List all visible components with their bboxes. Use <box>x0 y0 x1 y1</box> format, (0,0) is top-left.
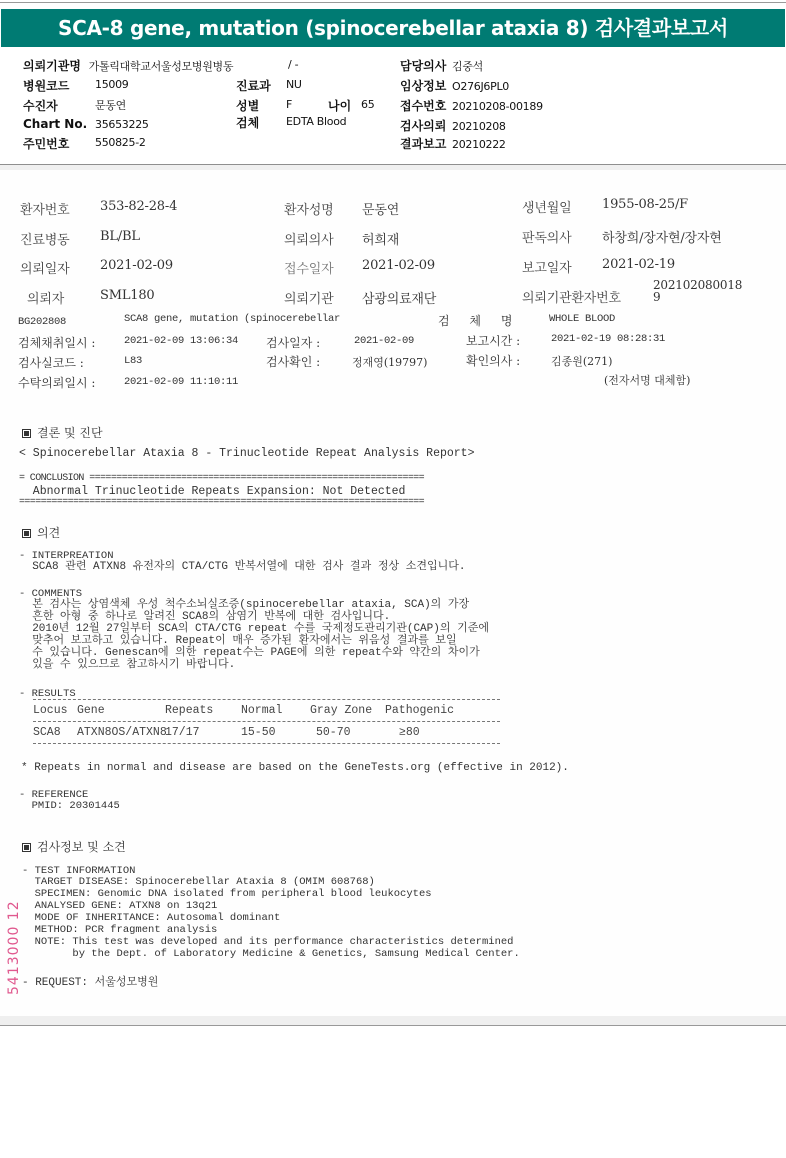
table-row: SCA8 ATXN8OS/ATXN8 17/17 15-50 50-70 ≥80 <box>33 722 500 743</box>
comment-line: 흔한 아형 중 하나로 알려진 SCA8의 삼염기 반복에 대한 검사입니다. <box>19 611 489 623</box>
bottom-shade <box>0 1016 786 1025</box>
square-bullet-icon <box>22 529 31 538</box>
report-title-line: < Spinocerebellar Ataxia 8 - Trinucleoti… <box>19 448 474 460</box>
conclusion-heading: 결론 및 진단 <box>22 424 103 441</box>
hospital-code-value: 15009 <box>95 78 129 91</box>
patient-value: 문동연 <box>95 99 126 112</box>
receipt-no-value: 20210208-00189 <box>452 100 543 113</box>
institution-patient-no-value: 202102080018 9 <box>653 279 742 303</box>
chart-no-label: Chart No. <box>23 117 87 131</box>
vertical-stamp-number: 5413000 12 <box>4 885 24 995</box>
department-value: NU <box>286 78 302 91</box>
test-info-line: TARGET DISEASE: Spinocerebellar Ataxia 8… <box>22 876 520 888</box>
requesting-institution-value: 삼광의료재단 <box>362 288 436 307</box>
opinion-heading-text: 의견 <box>37 526 60 540</box>
conclusion-heading-text: 결론 및 진단 <box>37 426 103 440</box>
ward-value: / - <box>288 58 298 71</box>
chart-no-value: 35653225 <box>95 118 149 131</box>
opinion-heading: 의견 <box>22 524 60 541</box>
report-date-label: 보고일자 <box>522 257 571 276</box>
cell-pathogenic: ≥80 <box>399 726 420 739</box>
cell-gene: ATXN8OS/ATXN8 <box>77 726 165 739</box>
cell-repeats: 17/17 <box>165 726 241 739</box>
age-label: 나이 <box>328 99 351 113</box>
receipt-no-label: 접수번호 <box>400 99 446 113</box>
test-request-field: 검사의뢰 20210208 <box>400 117 506 134</box>
attending-label: 담당의사 <box>400 59 446 73</box>
test-info-line: MODE OF INHERITANCE: Autosomal dominant <box>22 912 520 924</box>
request-date-label: 의뢰일자 <box>20 258 69 277</box>
lab-code-label: 검사실코드 : <box>18 354 84 371</box>
interpretation-text: SCA8 관련 ATXN8 유전자의 CTA/CTG 반복서열에 대한 검사 결… <box>19 561 465 573</box>
test-info-line: by the Dept. of Laboratory Medicine & Ge… <box>22 948 520 960</box>
attending-value: 김중석 <box>452 60 483 73</box>
header-gray-zone: Gray Zone <box>310 704 385 717</box>
header-pathogenic: Pathogenic <box>385 704 454 717</box>
confirm-doctor-label: 확인의사 : <box>466 352 520 369</box>
header-normal: Normal <box>241 704 310 717</box>
test-info-heading: 검사정보 및 소견 <box>22 838 126 855</box>
test-request-label: 검사의뢰 <box>400 119 446 133</box>
comment-line: 본 검사는 상염색체 우성 척수소뇌실조증(spinocerebellar at… <box>19 599 489 611</box>
conclusion-bar-bottom: ========================================… <box>19 498 424 508</box>
square-bullet-icon <box>22 429 31 438</box>
institution-label: 의뢰기관명 <box>23 59 81 73</box>
header-repeats: Repeats <box>165 704 241 717</box>
resident-no-value: 550825-2 <box>95 136 146 149</box>
specimen-value: EDTA Blood <box>286 115 346 128</box>
request-line: - REQUEST: 서울성모병원 <box>22 977 158 989</box>
birthdate-label: 생년월일 <box>522 197 571 216</box>
e-signature-note: (전자서명 대체함) <box>604 372 690 388</box>
requester-label: 의뢰자 <box>27 288 64 307</box>
comment-line: 있을 수 있으므로 참고하시기 바랍니다. <box>19 659 489 671</box>
result-report-field: 결과보고 20210222 <box>400 135 506 152</box>
result-report-value: 20210222 <box>452 138 506 151</box>
requesting-institution-label: 의뢰기관 <box>284 288 333 307</box>
receipt-date-value: 2021-02-09 <box>362 258 435 273</box>
specimen-name-value: WHOLE BLOOD <box>549 313 615 325</box>
report-time-label: 보고시간 : <box>466 332 520 349</box>
receipt-no-field: 접수번호 20210208-00189 <box>400 97 543 114</box>
cell-gray-zone: 50-70 <box>316 726 399 739</box>
requesting-doctor-value: 허희재 <box>362 229 399 248</box>
patient-label: 수진자 <box>23 99 58 113</box>
cell-normal: 15-50 <box>241 726 316 739</box>
clinical-info-label: 임상정보 <box>400 79 446 93</box>
header-gene: Gene <box>77 704 165 717</box>
report-title: SCA-8 gene, mutation (spinocerebellar at… <box>1 9 785 47</box>
resident-no-label: 주민번호 <box>23 137 69 151</box>
verified-label: 검사확인 : <box>266 353 320 370</box>
comments-body: 본 검사는 상염색체 우성 척수소뇌실조증(spinocerebellar at… <box>19 599 489 671</box>
requesting-doctor-label: 의뢰의사 <box>284 229 333 248</box>
collection-label: 검체채취일시 : <box>18 334 95 351</box>
test-request-value: 20210208 <box>452 120 506 133</box>
clinical-info-value: O276J6PL0 <box>452 80 509 93</box>
header-locus: Locus <box>33 704 77 717</box>
attending-field: 담당의사 김중석 <box>400 57 483 74</box>
comment-line: 수 있습니다. Genescan에 의한 repeat수는 PAGE에 의한 r… <box>19 647 489 659</box>
verified-value: 정재영(19797) <box>352 354 427 370</box>
table-rule <box>33 743 500 744</box>
test-date-value: 2021-02-09 <box>354 335 414 347</box>
test-info-heading-text: 검사정보 및 소견 <box>37 840 126 854</box>
test-code: BG202808 <box>18 316 66 328</box>
institution-value: 가톨릭대학교서울성모병원병동 <box>89 60 234 73</box>
test-info-body: TARGET DISEASE: Spinocerebellar Ataxia 8… <box>22 876 520 960</box>
request-date-value: 2021-02-09 <box>100 258 173 273</box>
results-footnote: * Repeats in normal and disease are base… <box>21 762 569 774</box>
institution-patient-no-line1: 202102080018 <box>653 278 742 292</box>
specimen-label: 검체 <box>236 116 259 130</box>
institution-field: 의뢰기관명 가톨릭대학교서울성모병원병동 <box>23 57 233 74</box>
collection-value: 2021-02-09 13:06:34 <box>124 335 238 347</box>
patient-name-label: 환자성명 <box>284 199 333 218</box>
square-bullet-icon <box>22 843 31 852</box>
reference-text: PMID: 20301445 <box>19 800 120 812</box>
birthdate-value: 1955-08-25/F <box>602 197 688 212</box>
department-label: 진료과 <box>236 79 271 93</box>
reading-doctor-value: 하창희/장자현/장자현 <box>602 227 722 246</box>
sex-label: 성별 <box>236 99 259 113</box>
results-table: Locus Gene Repeats Normal Gray Zone Path… <box>33 699 500 744</box>
test-info-line: ANALYSED GENE: ATXN8 on 13q21 <box>22 900 520 912</box>
specimen-name-label: 검 체 명 <box>438 312 520 329</box>
outsourced-value: 2021-02-09 11:10:11 <box>124 376 238 388</box>
cell-locus: SCA8 <box>33 726 77 739</box>
conclusion-bar-top: = CONCLUSION ===========================… <box>19 474 424 484</box>
patient-name-value: 문동연 <box>362 199 399 218</box>
test-info-line: METHOD: PCR fragment analysis <box>22 924 520 936</box>
receipt-date-label: 접수일자 <box>284 258 333 277</box>
table-header-row: Locus Gene Repeats Normal Gray Zone Path… <box>33 700 500 721</box>
patient-no-value: 353-82-28-4 <box>100 199 177 214</box>
comment-line: 2010년 12월 27일부터 SCA의 CTA/CTG repeat 수를 국… <box>19 623 489 635</box>
requester-value: SML180 <box>100 288 154 303</box>
comment-line: 맞추어 보고하고 있습니다. Repeat이 매우 증가된 환자에서는 위음성 … <box>19 635 489 647</box>
age-value: 65 <box>361 98 374 111</box>
ward-label: 진료병동 <box>20 229 69 248</box>
report-date-value: 2021-02-19 <box>602 257 675 272</box>
patient-no-label: 환자번호 <box>20 199 69 218</box>
test-info-line: SPECIMEN: Genomic DNA isolated from peri… <box>22 888 520 900</box>
confirm-doctor-value: 김종원(271) <box>551 353 612 369</box>
top-rule <box>0 2 786 3</box>
stamp-text: 5413000 12 <box>6 900 22 995</box>
sex-value: F <box>286 98 292 111</box>
hospital-code-label: 병원코드 <box>23 79 69 93</box>
institution-patient-no-label: 의뢰기관환자번호 <box>522 287 621 306</box>
test-info-line: NOTE: This test was developed and its pe… <box>22 936 520 948</box>
ward-value-2: BL/BL <box>100 229 140 244</box>
institution-patient-no-line2: 9 <box>653 290 660 304</box>
result-report-label: 결과보고 <box>400 137 446 151</box>
lab-code-value: L83 <box>124 355 142 367</box>
test-date-label: 검사일자 : <box>266 334 320 351</box>
reading-doctor-label: 판독의사 <box>522 227 571 246</box>
bottom-divider <box>0 1025 786 1026</box>
report-time-value: 2021-02-19 08:28:31 <box>551 333 665 345</box>
outsourced-label: 수탁의뢰일시 : <box>18 374 95 391</box>
test-name: SCA8 gene, mutation (spinocerebellar <box>124 313 340 325</box>
clinical-info-field: 임상정보 O276J6PL0 <box>400 77 509 94</box>
